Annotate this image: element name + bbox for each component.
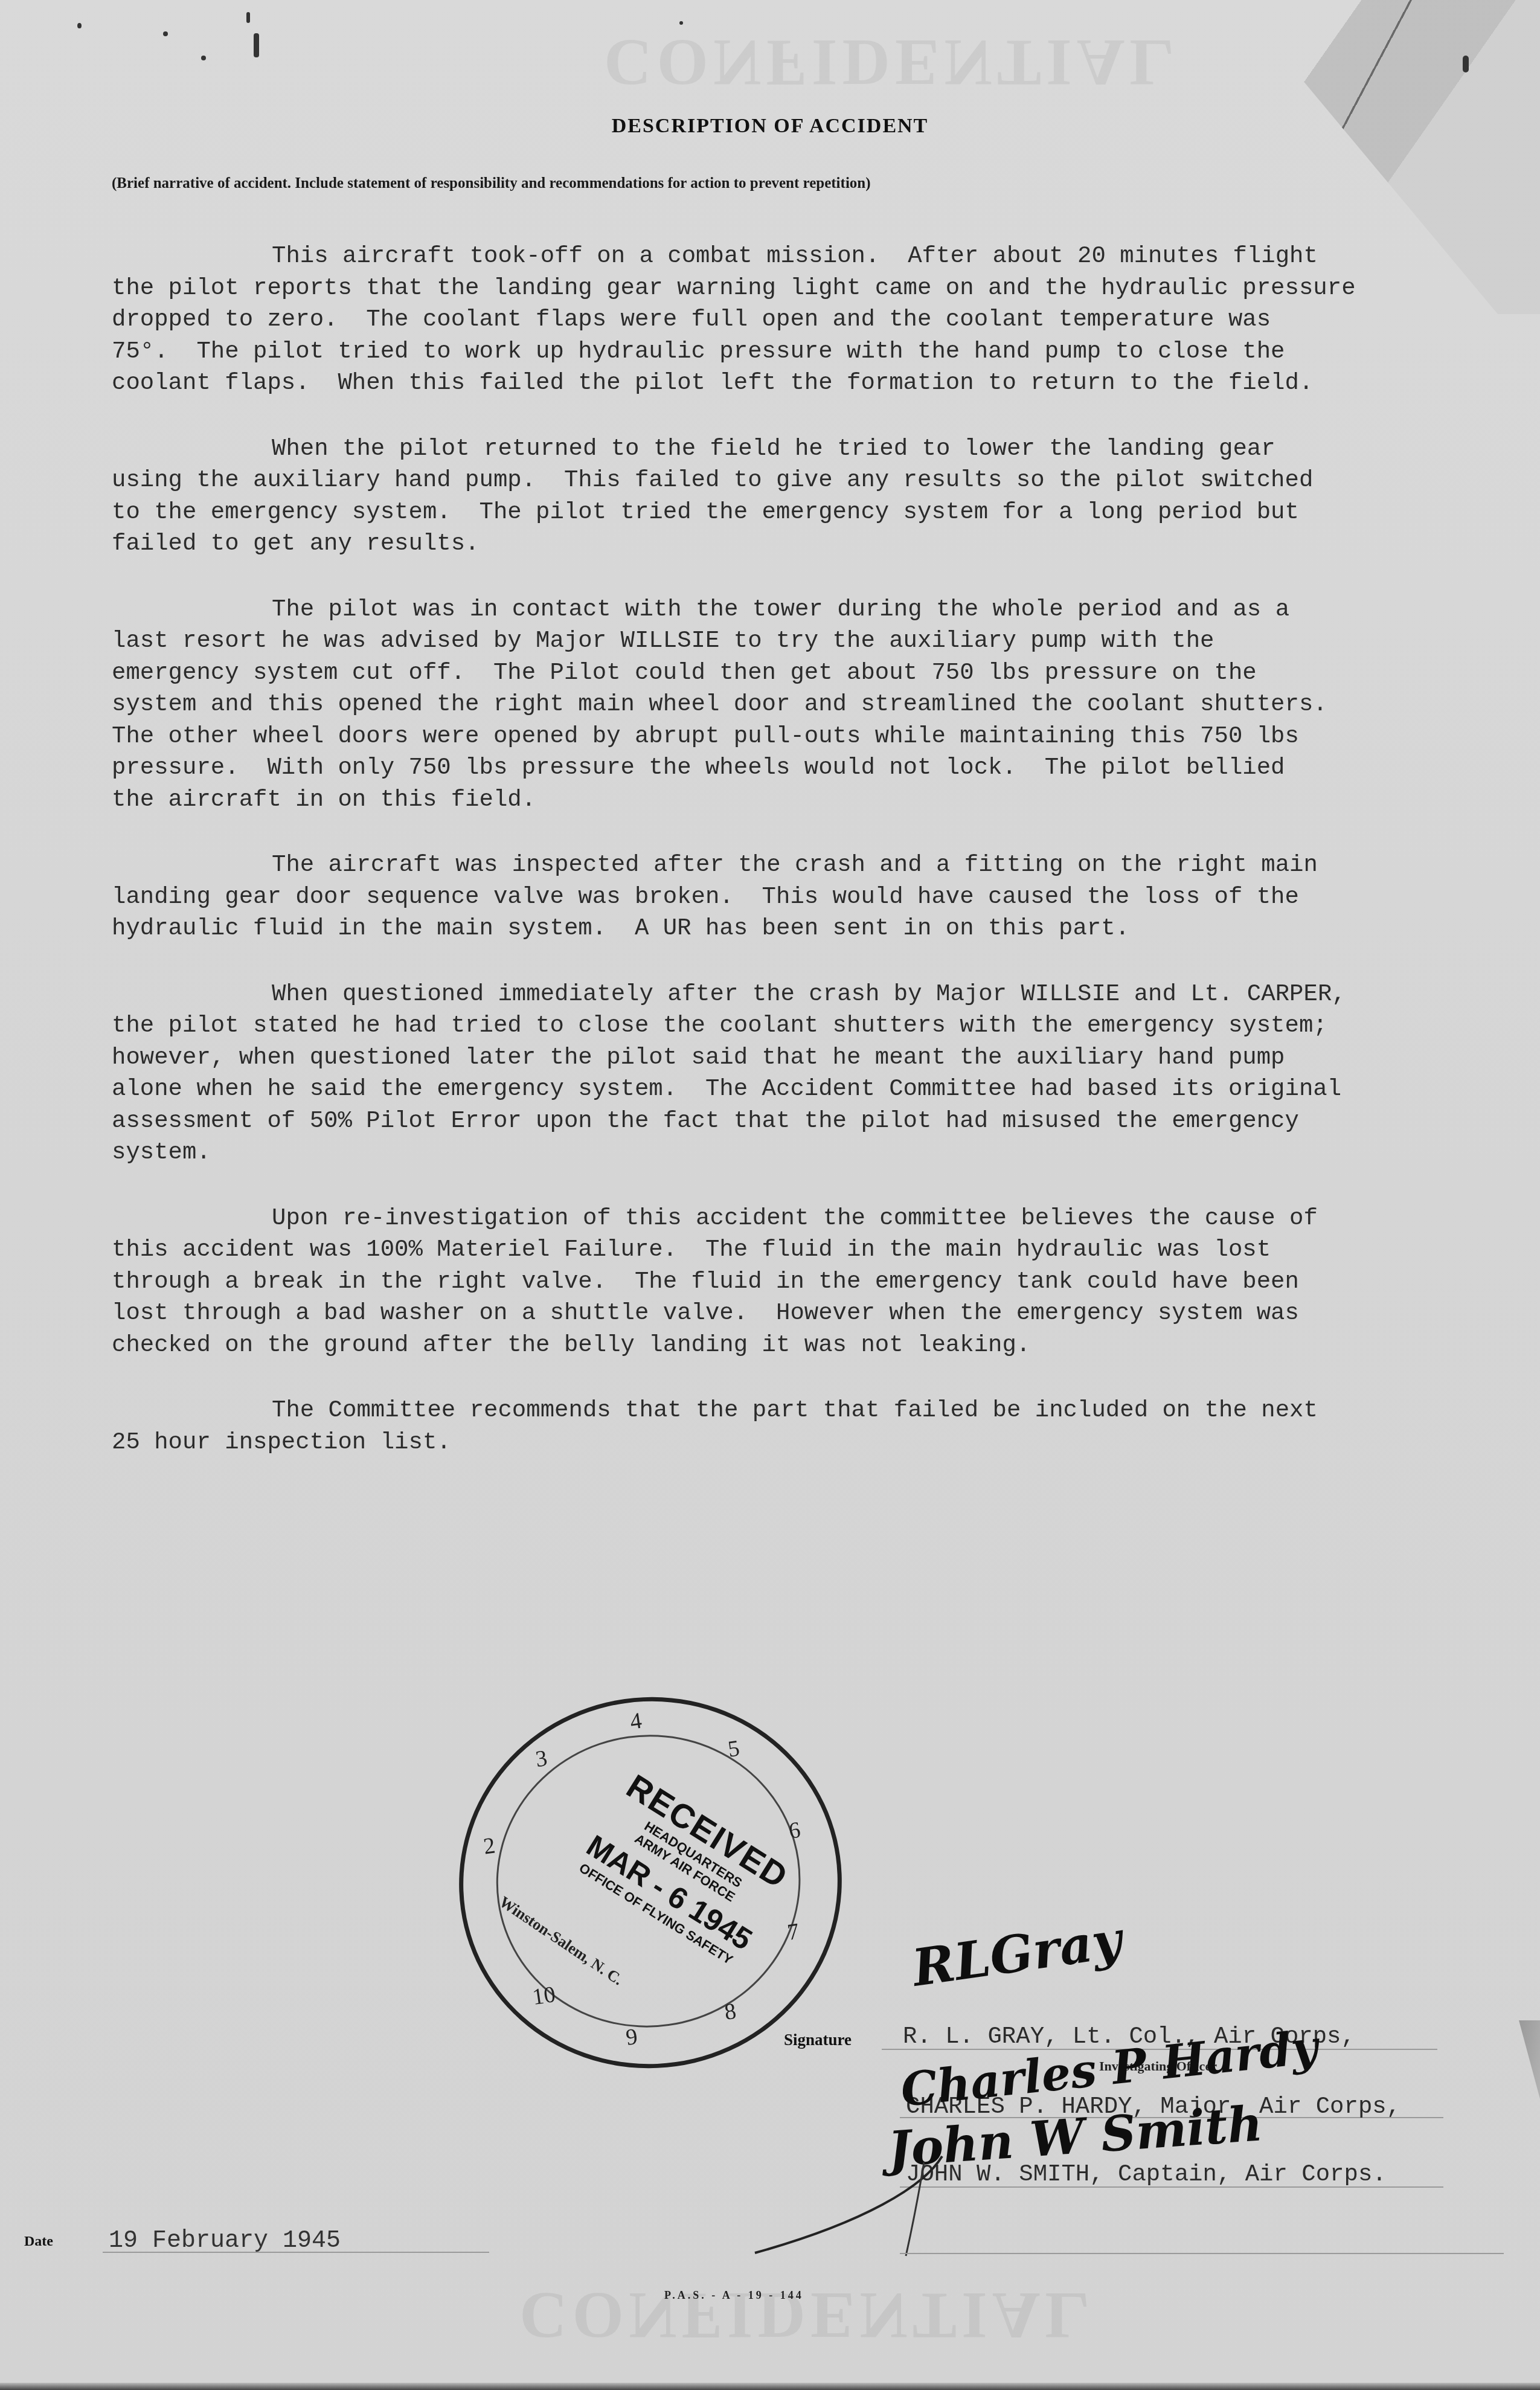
narrative-line: The Committee recommends that the part t… [112,1395,1525,1427]
narrative-line: the aircraft in on this field. [112,784,1525,816]
scanned-document-page: CONFIDENTIAL CONFIDENTIAL DESCRIPTION OF… [0,0,1540,2390]
narrative-line: When the pilot returned to the field he … [112,433,1525,465]
narrative-line: the pilot stated he had tried to close t… [112,1010,1525,1042]
narrative-line: The pilot was in contact with the tower … [112,594,1525,626]
narrative-line: system. [112,1137,1525,1169]
form-instructions: (Brief narrative of accident. Include st… [112,175,871,192]
stamp-number: 10 [531,1981,557,2011]
narrative-line: pressure. With only 750 lbs pressure the… [112,752,1525,784]
confidential-watermark-bottom: CONFIDENTIAL [519,2277,1094,2354]
narrative-line: emergency system cut off. The Pilot coul… [112,657,1525,689]
narrative-line: through a break in the right valve. The … [112,1266,1525,1298]
accident-narrative: This aircraft took-off on a combat missi… [112,240,1525,1492]
narrative-paragraph: The pilot was in contact with the tower … [112,594,1525,816]
narrative-line: 25 hour inspection list. [112,1427,1525,1459]
narrative-line: coolant flaps. When this failed the pilo… [112,367,1525,399]
narrative-line: however, when questioned later the pilot… [112,1042,1525,1074]
narrative-line: failed to get any results. [112,528,1525,560]
narrative-paragraph: The aircraft was inspected after the cra… [112,849,1525,945]
confidential-watermark-top: CONFIDENTIAL [604,24,1179,101]
narrative-line: alone when he said the emergency system.… [112,1073,1525,1105]
narrative-paragraph: When the pilot returned to the field he … [112,433,1525,560]
narrative-line: this accident was 100% Materiel Failure.… [112,1234,1525,1266]
narrative-line: 75°. The pilot tried to work up hydrauli… [112,336,1525,368]
narrative-line: This aircraft took-off on a combat missi… [112,240,1525,272]
narrative-paragraph: The Committee recommends that the part t… [112,1395,1525,1458]
narrative-line: system and this opened the right main wh… [112,689,1525,721]
narrative-line: using the auxiliary hand pump. This fail… [112,464,1525,496]
stamp-number: 9 [624,2023,640,2051]
stamp-number: 2 [482,1833,497,1860]
stamp-number: 8 [723,1998,738,2026]
document-title: DESCRIPTION OF ACCIDENT [0,115,1540,138]
narrative-line: landing gear door sequence valve was bro… [112,881,1525,913]
stamp-hour-numbers: 2345678910 [440,1677,810,1729]
narrative-line: lost through a bad washer on a shuttle v… [112,1297,1525,1329]
signature-1-handwritten: RLGray [909,1909,1125,1997]
narrative-line: assessment of 50% Pilot Error upon the f… [112,1105,1525,1137]
signature-flourish [743,2150,948,2259]
narrative-line: to the emergency system. The pilot tried… [112,496,1525,528]
stamp-number: 3 [534,1745,549,1773]
narrative-line: hydraulic fluid in the main system. A UR… [112,913,1525,945]
page-edge-shadow [1519,2020,1540,2099]
date-value: 19 February 1945 [109,2228,341,2255]
stamp-number: 4 [628,1707,643,1735]
narrative-line: the pilot reports that the landing gear … [112,272,1525,304]
bottom-rule [900,2253,1504,2254]
narrative-paragraph: This aircraft took-off on a combat missi… [112,240,1525,399]
date-label: Date [24,2234,53,2250]
narrative-line: Upon re-investigation of this accident t… [112,1203,1525,1235]
page-bottom-edge [0,2383,1540,2390]
narrative-line: last resort he was advised by Major WILL… [112,625,1525,657]
narrative-line: The other wheel doors were opened by abr… [112,721,1525,753]
narrative-line: When questioned immediately after the cr… [112,978,1525,1010]
narrative-line: dropped to zero. The coolant flaps were … [112,304,1525,336]
received-stamp: 2345678910 RECEIVED HEADQUARTERS ARMY AI… [435,1672,865,2093]
narrative-paragraph: When questioned immediately after the cr… [112,978,1525,1169]
form-number: P.A.S. - A - 19 - 144 [664,2289,804,2302]
narrative-paragraph: Upon re-investigation of this accident t… [112,1203,1525,1361]
date-line [103,2252,489,2253]
narrative-line: The aircraft was inspected after the cra… [112,849,1525,881]
stamp-number: 7 [786,1918,801,1946]
signature-label: Signature [784,2031,852,2049]
narrative-line: checked on the ground after the belly la… [112,1329,1525,1361]
